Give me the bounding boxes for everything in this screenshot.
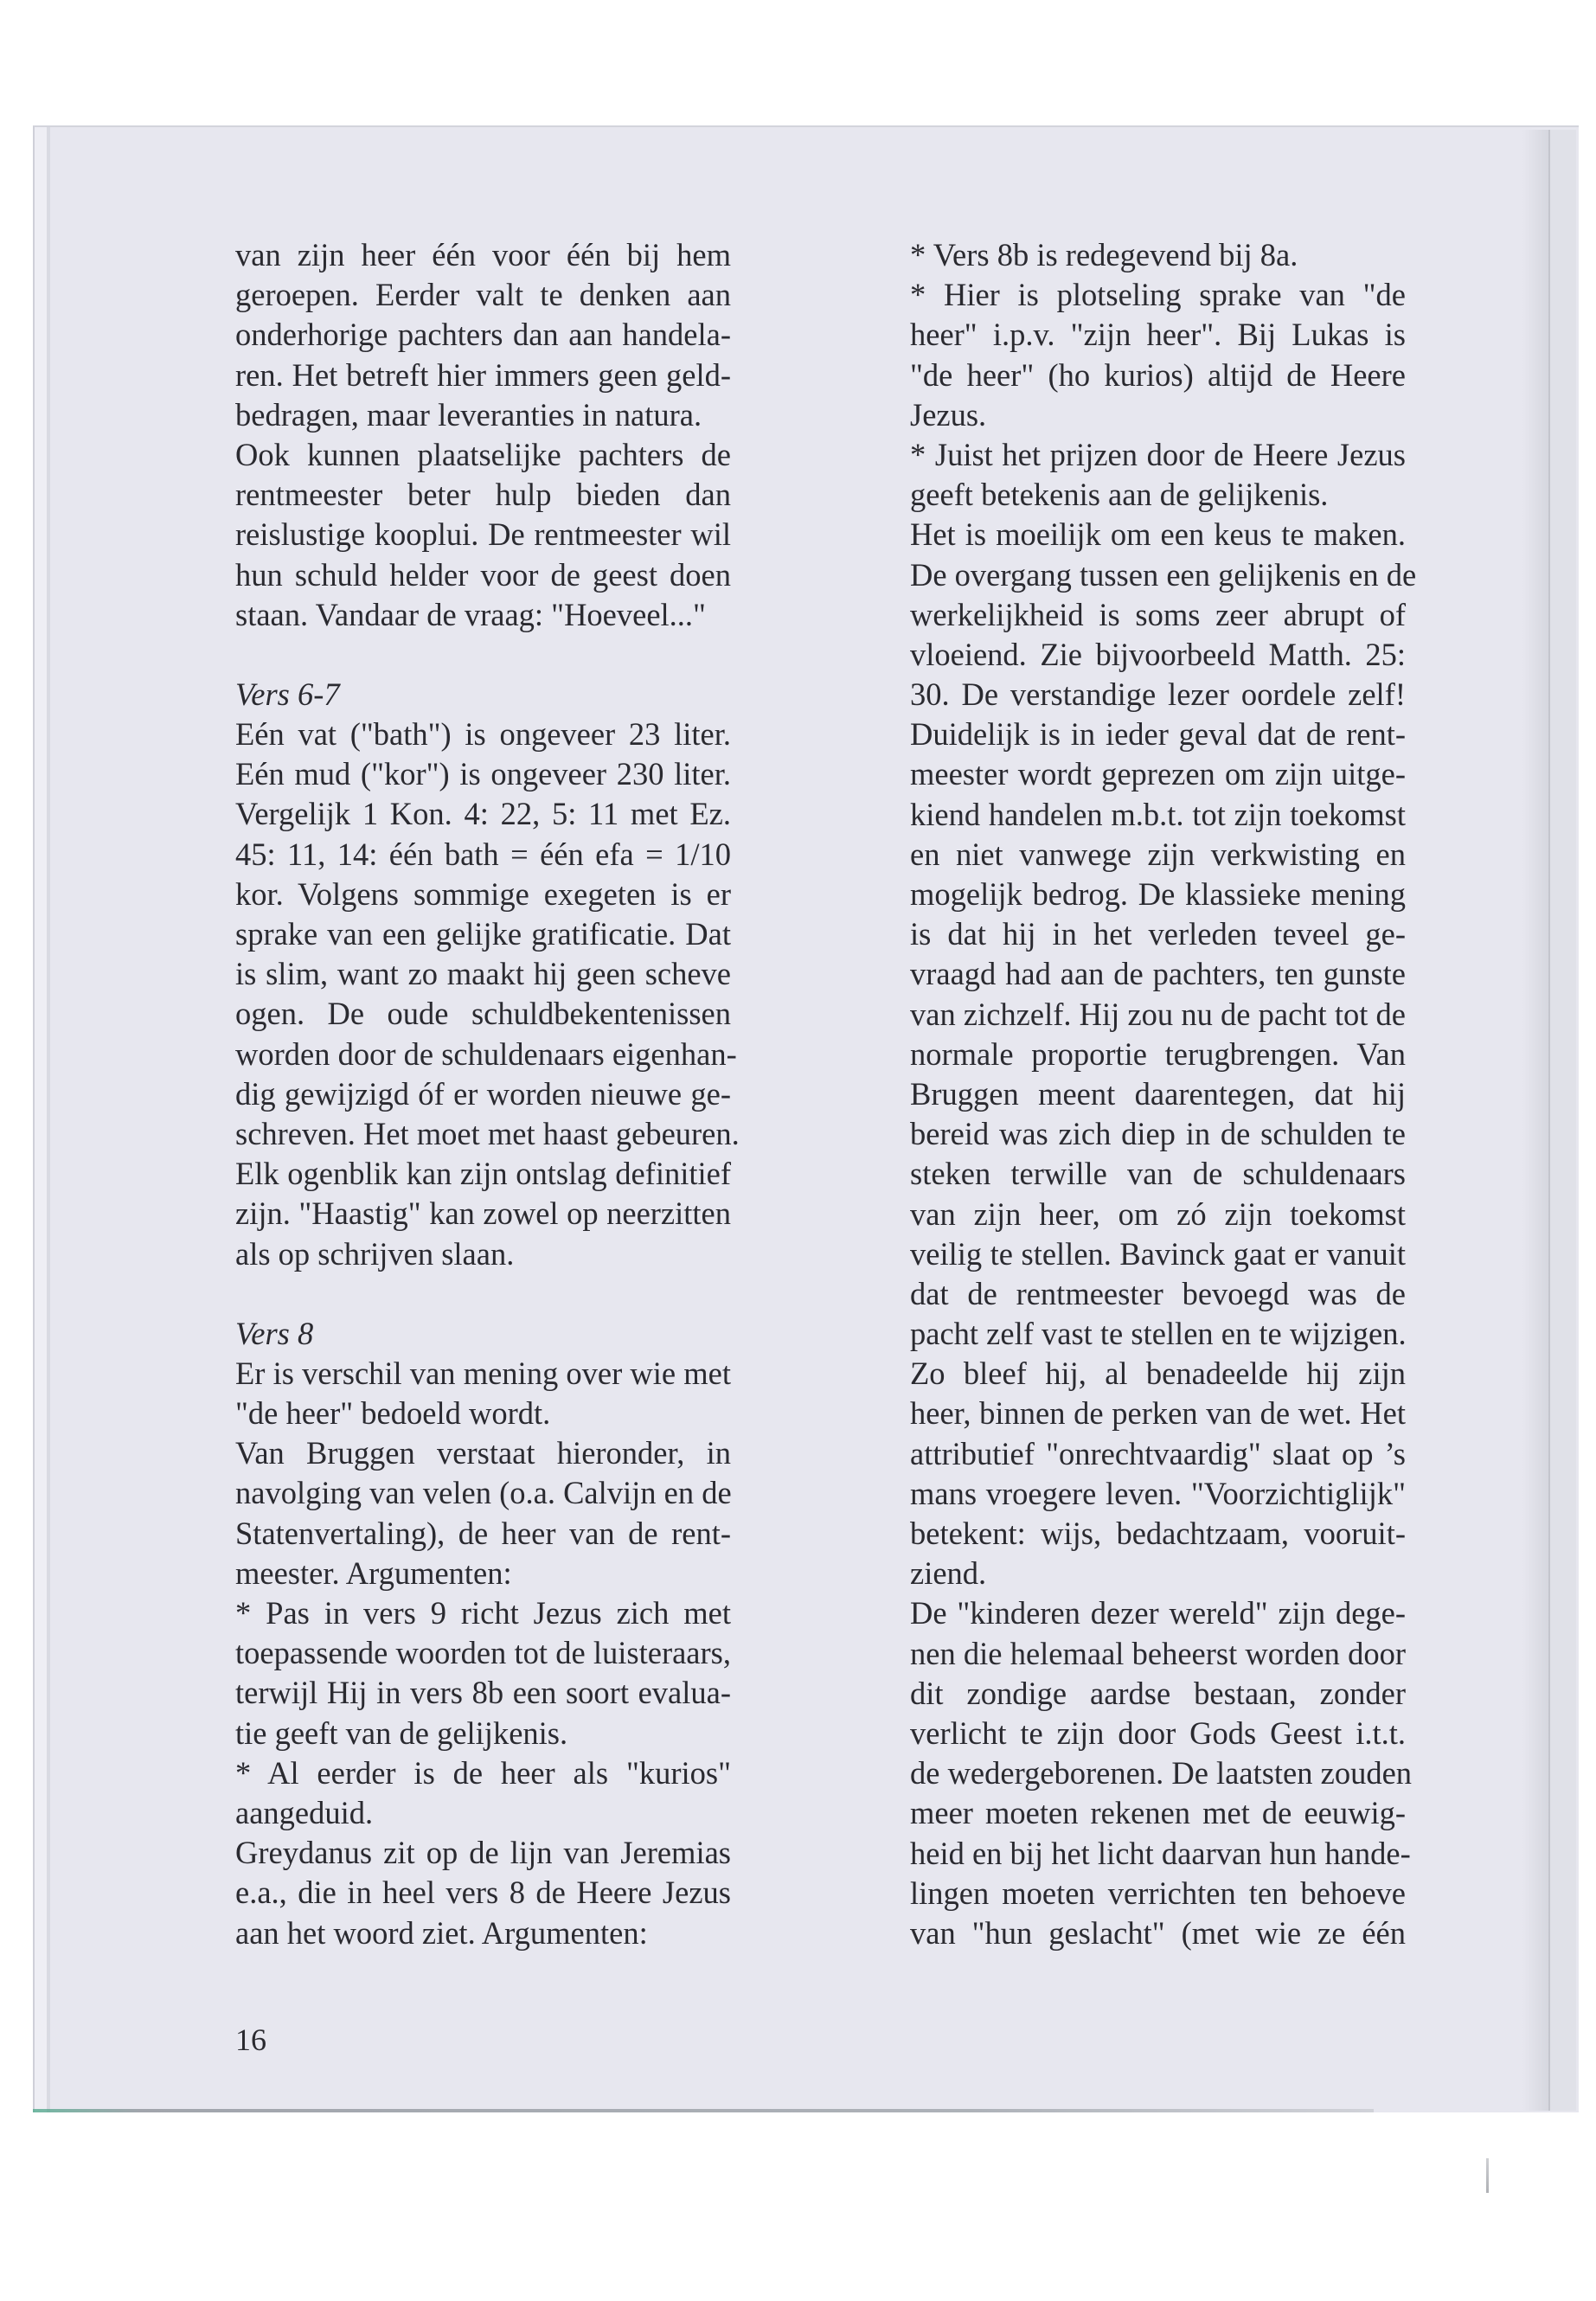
text-line: Van Bruggen verstaat hieronder, in <box>235 1433 731 1473</box>
left-text-column: van zijn heer één voor één bij hemgeroep… <box>235 235 731 1953</box>
section-body-vers-6-7: Eén vat ("bath") is ongeveer 23 liter.Eé… <box>235 715 731 1274</box>
text-line: als op schrijven slaan. <box>235 1234 731 1274</box>
text-line: heer, binnen de perken van de wet. Het <box>910 1394 1406 1433</box>
text-line: kor. Volgens sommige exegeten is er <box>235 875 731 914</box>
text-line: Eén vat ("bath") is ongeveer 23 liter. <box>235 715 731 754</box>
text-line: De overgang tussen een gelijkenis en de <box>910 555 1406 595</box>
section-heading-vers-6-7: Vers 6-7 <box>235 675 731 715</box>
text-line: van "hun geslacht" (met wie ze één <box>910 1913 1406 1953</box>
text-line: "de heer" bedoeld wordt. <box>235 1394 731 1433</box>
text-line: * Pas in vers 9 richt Jezus zich met <box>235 1593 731 1633</box>
text-line: vloeiend. Zie bijvoorbeeld Matth. 25: <box>910 635 1406 675</box>
text-line: ogen. De oude schuldbekentenissen <box>235 994 731 1034</box>
text-line: meester. Argumenten: <box>235 1554 731 1593</box>
text-line: steken terwille van de schuldenaars <box>910 1154 1406 1194</box>
text-line: Eén mud ("kor") is ongeveer 230 liter. <box>235 754 731 794</box>
page-bottom-edge <box>33 2109 1374 2112</box>
text-line: onderhorige pachters dan aan handela- <box>235 315 731 355</box>
text-line: is slim, want zo maakt hij geen scheve <box>235 954 731 994</box>
page-number: 16 <box>235 2022 266 2058</box>
text-line: 45: 11, 14: één bath = één efa = 1/10 <box>235 835 731 875</box>
text-line: normale proportie terugbrengen. Van <box>910 1035 1406 1074</box>
text-line: terwijl Hij in vers 8b een soort evalua- <box>235 1673 731 1713</box>
text-line: verlicht te zijn door Gods Geest i.t.t. <box>910 1714 1406 1753</box>
text-line: rentmeester beter hulp bieden dan <box>235 475 731 515</box>
text-line: * Hier is plotseling sprake van "de <box>910 275 1406 315</box>
text-line: Vergelijk 1 Kon. 4: 22, 5: 11 met Ez. <box>235 794 731 834</box>
intro-paragraphs: van zijn heer één voor één bij hemgeroep… <box>235 235 731 635</box>
book-spine-edge <box>1548 130 1576 2111</box>
text-line: toepassende woorden tot de luisteraars, <box>235 1633 731 1673</box>
text-line: Er is verschil van mening over wie met <box>235 1354 731 1394</box>
text-line: betekent: wijs, bedachtzaam, vooruit- <box>910 1514 1406 1554</box>
text-line: * Juist het prijzen door de Heere Jezus <box>910 435 1406 475</box>
text-line: mans vroegere leven. "Voorzichtiglijk" <box>910 1474 1406 1514</box>
section-gap <box>235 1274 731 1314</box>
text-line: Elk ogenblik kan zijn ontslag definitief <box>235 1154 731 1194</box>
text-line: dit zondige aardse bestaan, zonder <box>910 1674 1406 1714</box>
text-line: Duidelijk is in ieder geval dat de rent- <box>910 715 1406 754</box>
text-line: veilig te stellen. Bavinck gaat er vanui… <box>910 1234 1406 1274</box>
text-line: Zo bleef hij, al benadeelde hij zijn <box>910 1354 1406 1394</box>
text-line: reislustige kooplui. De rentmeester wil <box>235 515 731 554</box>
text-line: nen die helemaal beheerst worden door <box>910 1634 1406 1674</box>
text-line: ziend. <box>910 1554 1406 1593</box>
text-line: werkelijkheid is soms zeer abrupt of <box>910 595 1406 635</box>
text-line: bedragen, maar leveranties in natura. <box>235 395 731 435</box>
text-line: meer moeten rekenen met de eeuwig- <box>910 1793 1406 1833</box>
text-line: kiend handelen m.b.t. tot zijn toekomst <box>910 795 1406 835</box>
text-line: en niet vanwege zijn verkwisting en <box>910 835 1406 875</box>
text-line: sprake van een gelijke gratificatie. Dat <box>235 914 731 954</box>
text-line: schreven. Het moet met haast gebeuren. <box>235 1114 731 1154</box>
text-line: Ook kunnen plaatselijke pachters de <box>235 435 731 475</box>
text-line: van zijn heer, om zó zijn toekomst <box>910 1195 1406 1234</box>
text-line: Statenvertaling), de heer van de rent- <box>235 1514 731 1554</box>
text-line: attributief "onrechtvaardig" slaat op ’s <box>910 1434 1406 1474</box>
text-line: heer" i.p.v. "zijn heer". Bij Lukas is <box>910 315 1406 355</box>
text-line: aan het woord ziet. Argumenten: <box>235 1913 731 1953</box>
text-line: Jezus. <box>910 395 1406 435</box>
text-line: dig gewijzigd óf er worden nieuwe ge- <box>235 1074 731 1114</box>
text-line: pacht zelf vast te stellen en te wijzige… <box>910 1314 1406 1354</box>
text-line: ren. Het betreft hier immers geen geld- <box>235 356 731 395</box>
text-line: * Vers 8b is redegevend bij 8a. <box>910 235 1406 275</box>
text-line: zijn. "Haastig" kan zowel op neerzitten <box>235 1194 731 1234</box>
text-line: 30. De verstandige lezer oordele zelf! <box>910 675 1406 715</box>
text-line: bereid was zich diep in de schulden te <box>910 1114 1406 1154</box>
text-line: geroepen. Eerder valt te denken aan <box>235 275 731 315</box>
text-line: meester wordt geprezen om zijn uitge- <box>910 754 1406 794</box>
text-line: tie geeft van de gelijkenis. <box>235 1714 731 1753</box>
text-line: geeft betekenis aan de gelijkenis. <box>910 475 1406 515</box>
text-line: Het is moeilijk om een keus te maken. <box>910 515 1406 554</box>
right-text-column: * Vers 8b is redegevend bij 8a.* Hier is… <box>910 235 1406 1953</box>
text-line: heid en bij het licht daarvan hun hande- <box>910 1834 1406 1874</box>
section-body-vers-8: Er is verschil van mening over wie met"d… <box>235 1354 731 1953</box>
text-line: worden door de schuldenaars eigenhan- <box>235 1035 731 1074</box>
page-gutter-shadow <box>1522 130 1548 2111</box>
text-line: mogelijk bedrog. De klassieke mening <box>910 875 1406 914</box>
text-line: de wedergeborenen. De laatsten zouden <box>910 1753 1406 1793</box>
text-line: van zichzelf. Hij zou nu de pacht tot de <box>910 995 1406 1035</box>
text-line: van zijn heer één voor één bij hem <box>235 235 731 275</box>
text-line: aangeduid. <box>235 1793 731 1833</box>
text-line: dat de rentmeester bevoegd was de <box>910 1274 1406 1314</box>
right-column-paragraphs: * Vers 8b is redegevend bij 8a.* Hier is… <box>910 235 1406 1953</box>
text-line: e.a., die in heel vers 8 de Heere Jezus <box>235 1873 731 1913</box>
text-line: Greydanus zit op de lijn van Jeremias <box>235 1833 731 1873</box>
text-line: vraagd had aan de pachters, ten gunste <box>910 954 1406 994</box>
text-line: De "kinderen dezer wereld" zijn dege- <box>910 1593 1406 1633</box>
text-line: navolging van velen (o.a. Calvijn en de <box>235 1473 731 1513</box>
text-line: staan. Vandaar de vraag: "Hoeveel..." <box>235 595 731 635</box>
text-line: lingen moeten verrichten ten behoeve <box>910 1874 1406 1913</box>
text-line: * Al eerder is de heer als "kurios" <box>235 1753 731 1793</box>
text-line: is dat hij in het verleden teveel ge- <box>910 914 1406 954</box>
scan-artifact <box>1486 2158 1489 2193</box>
section-heading-vers-8: Vers 8 <box>235 1314 731 1354</box>
text-line: "de heer" (ho kurios) altijd de Heere <box>910 356 1406 395</box>
section-gap <box>235 635 731 675</box>
text-line: hun schuld helder voor de geest doen <box>235 555 731 595</box>
text-line: Bruggen meent daarentegen, dat hij <box>910 1074 1406 1114</box>
